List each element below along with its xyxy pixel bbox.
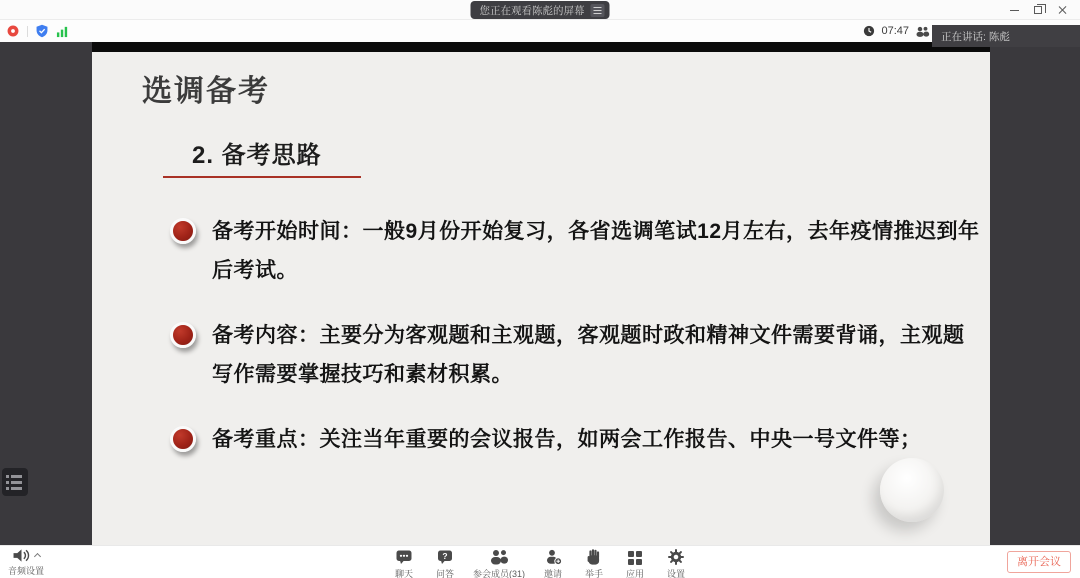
gear-icon: [667, 548, 685, 566]
titlebar: 您正在观看陈彪的屏幕: [0, 0, 1080, 20]
slide-subtitle: 2. 备考思路: [192, 135, 322, 170]
invite-person-icon: [544, 548, 562, 566]
raise-hand-icon: [585, 548, 603, 566]
close-button[interactable]: [1050, 0, 1074, 20]
minimize-icon: [1010, 10, 1019, 11]
toolbar-item-label: 设置: [667, 567, 685, 578]
apps-grid-icon: [626, 548, 644, 566]
screen-watching-toast: 您正在观看陈彪的屏幕: [471, 1, 610, 19]
invite-button[interactable]: 邀请: [540, 548, 566, 578]
toolbar-item-label: 邀请: [544, 567, 562, 578]
window-controls: [1002, 0, 1074, 20]
meeting-duration: 07:47: [881, 25, 909, 37]
sphere-bullet-icon: [170, 218, 196, 244]
apps-button[interactable]: 应用: [622, 548, 648, 578]
chat-button[interactable]: 聊天: [391, 548, 417, 578]
video-panel-toggle[interactable]: [2, 468, 28, 496]
meeting-toolbar: 音频设置 聊天 ? 问答: [0, 545, 1080, 578]
toolbar-item-label: 聊天: [395, 567, 413, 578]
bullet-item: 备考内容：主要分为客观题和主观题，客观题时政和精神文件需要背诵，主观题写作需要掌…: [170, 316, 980, 394]
speaker-icon: [12, 548, 31, 563]
bullet-text: 备考开始时间：一般9月份开始复习，各省选调笔试12月左右，去年疫情推迟到年后考试…: [212, 212, 980, 290]
security-shield-icon[interactable]: [35, 24, 49, 38]
meeting-window: 您正在观看陈彪的屏幕: [0, 0, 1080, 578]
status-indicators: [6, 20, 69, 42]
share-options-icon[interactable]: [591, 4, 605, 17]
qa-button[interactable]: ? 问答: [432, 548, 458, 578]
slide-body: 选调备考 2. 备考思路 备考开始时间：一般9月份开始复习，各省选调笔试12月左…: [92, 52, 990, 545]
toolbar-item-label: 问答: [436, 567, 454, 578]
network-signal-icon[interactable]: [56, 25, 69, 38]
settings-button[interactable]: 设置: [663, 548, 689, 578]
toolbar-item-label: 参会成员(31): [473, 567, 525, 578]
list-lines-icon: [6, 487, 28, 490]
record-indicator-icon[interactable]: [6, 24, 20, 38]
chevron-up-icon[interactable]: [34, 553, 41, 560]
bullet-item: 备考开始时间：一般9月份开始复习，各省选调笔试12月左右，去年疫情推迟到年后考试…: [170, 212, 980, 290]
restore-icon: [1034, 6, 1042, 14]
minimize-button[interactable]: [1002, 0, 1026, 20]
audio-settings-label: 音频设置: [8, 564, 44, 577]
presentation-slide: 选调备考 2. 备考思路 备考开始时间：一般9月份开始复习，各省选调笔试12月左…: [92, 42, 990, 545]
chat-bubble-icon: [395, 548, 413, 566]
list-lines-icon: [6, 481, 28, 484]
screen-watching-text: 您正在观看陈彪的屏幕: [480, 3, 585, 18]
participants-button[interactable]: 参会成员(31): [473, 548, 525, 578]
sphere-bullet-icon: [170, 322, 196, 348]
participants-icon: [489, 548, 509, 566]
statusbar: 07:47: [0, 20, 1080, 42]
sphere-bullet-icon: [170, 426, 196, 452]
toolbar-item-label: 应用: [626, 567, 644, 578]
svg-text:?: ?: [442, 551, 447, 561]
bullet-text: 备考内容：主要分为客观题和主观题，客观题时政和精神文件需要背诵，主观题写作需要掌…: [212, 316, 980, 394]
bullet-item: 备考重点：关注当年重要的会议报告，如两会工作报告、中央一号文件等；: [170, 420, 980, 459]
speaking-tooltip: 正在讲话: 陈彪: [932, 25, 1080, 47]
restore-button[interactable]: [1026, 0, 1050, 20]
qa-bubble-icon: ?: [436, 548, 454, 566]
clock-icon: [863, 25, 875, 37]
leave-meeting-button[interactable]: 离开会议: [1007, 551, 1071, 573]
subtitle-underline: [163, 176, 361, 178]
divider: [27, 26, 28, 37]
decorative-sphere: [880, 458, 944, 522]
toolbar-item-label: 举手: [585, 567, 603, 578]
toolbar-center: 聊天 ? 问答 参会成员(31): [391, 548, 689, 578]
speaking-tooltip-text: 正在讲话: 陈彪: [932, 29, 1010, 44]
bullet-text: 备考重点：关注当年重要的会议报告，如两会工作报告、中央一号文件等；: [212, 420, 980, 459]
slide-title-row: 选调备考: [122, 66, 270, 110]
audio-settings-button[interactable]: 音频设置: [8, 548, 44, 577]
slide-top-strip: [92, 42, 990, 52]
close-icon: [1057, 5, 1067, 15]
slide-title: 选调备考: [142, 66, 270, 110]
raise-hand-button[interactable]: 举手: [581, 548, 607, 578]
list-lines-icon: [6, 475, 28, 478]
participants-count-icon[interactable]: [915, 25, 930, 38]
shared-screen-area: 选调备考 2. 备考思路 备考开始时间：一般9月份开始复习，各省选调笔试12月左…: [0, 42, 1080, 545]
